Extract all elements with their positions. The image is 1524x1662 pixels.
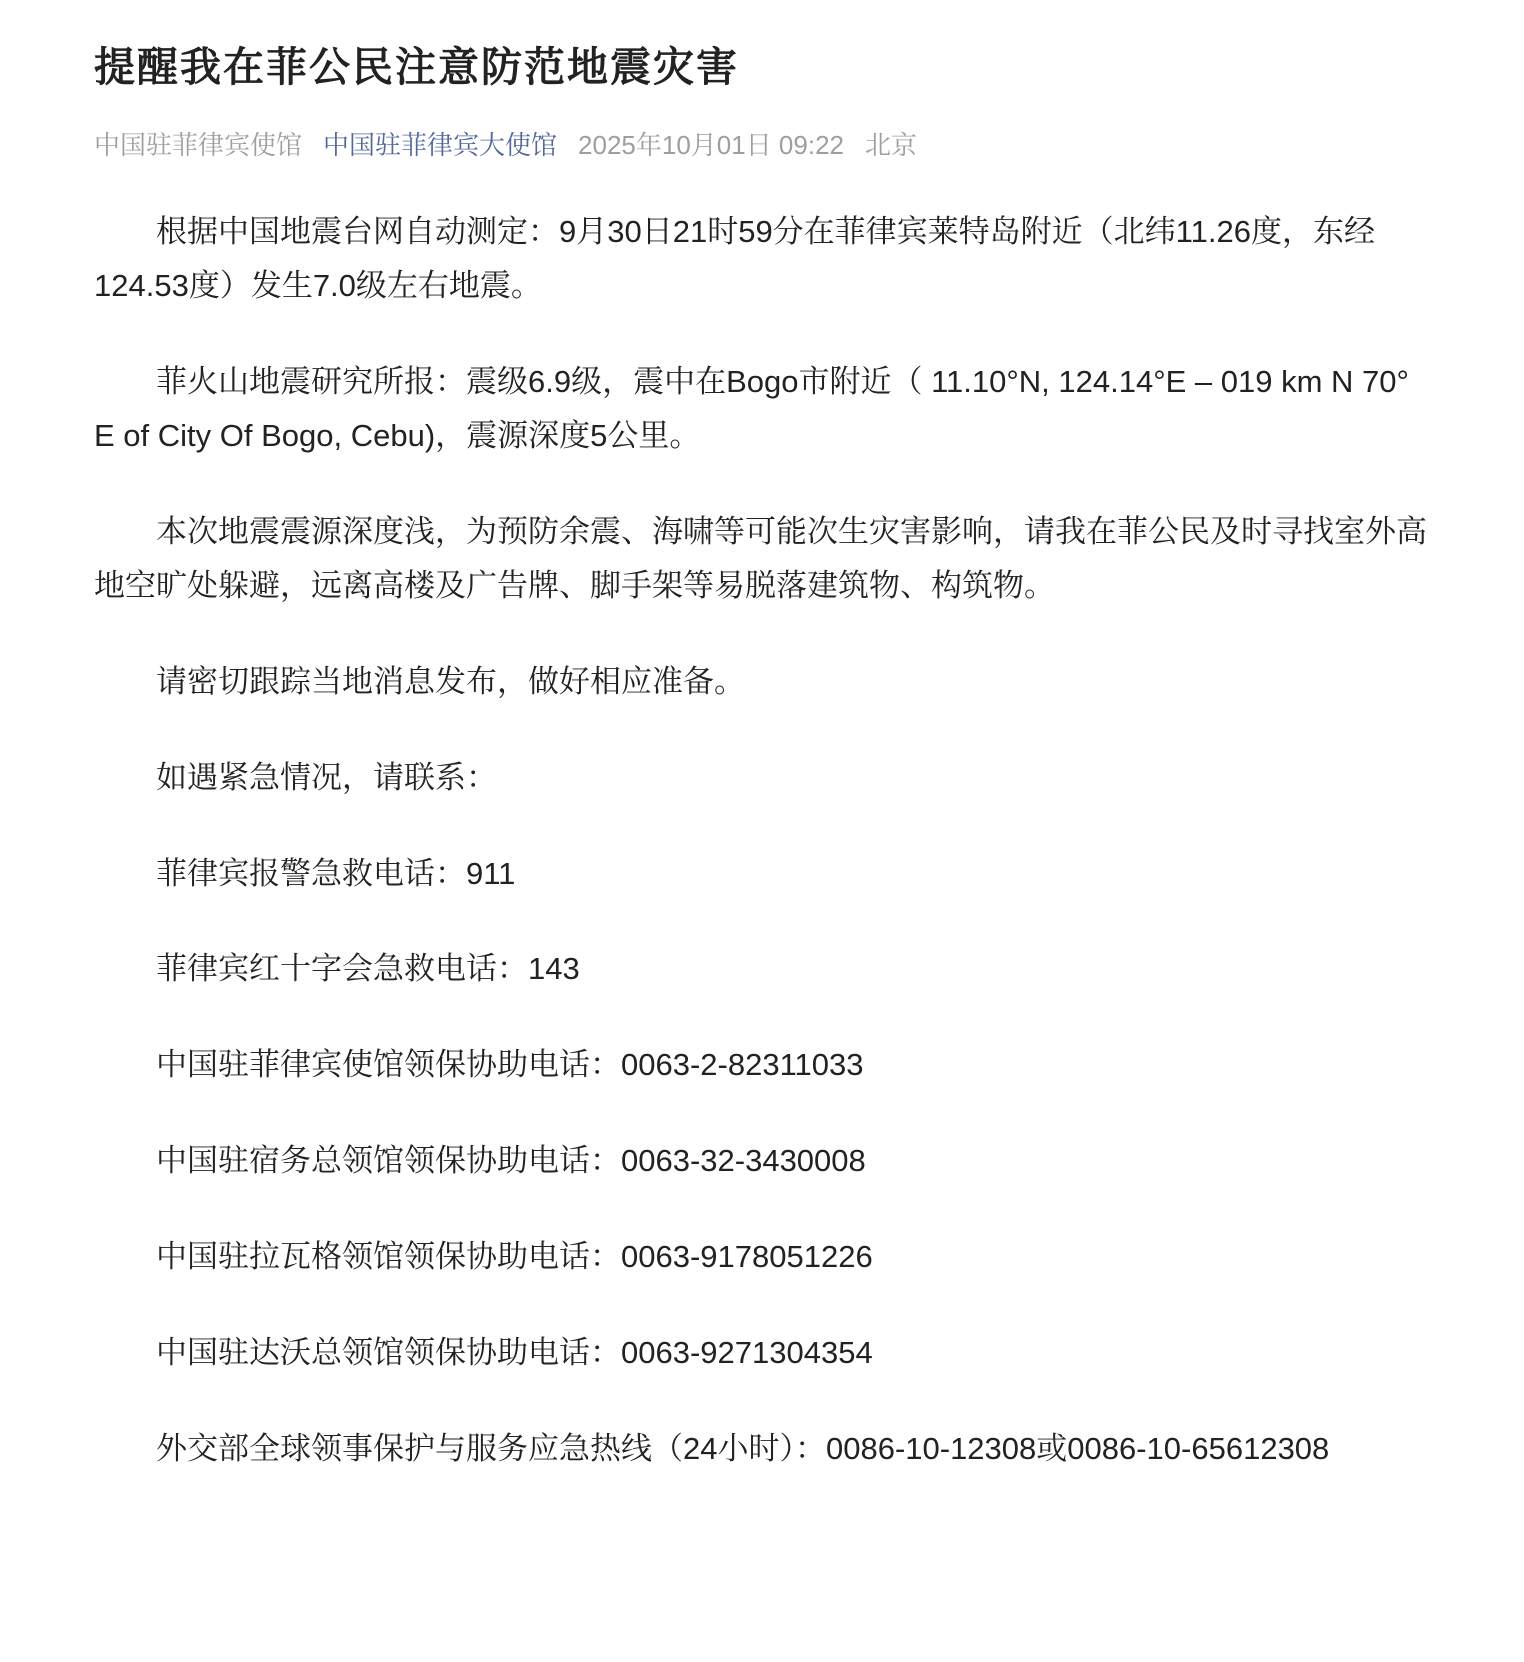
article-paragraph-laoag-consulate-hotline: 中国驻拉瓦格领馆领保协助电话：0063-9178051226: [94, 1230, 1430, 1284]
article-paragraph-cebu-consulate-hotline: 中国驻宿务总领馆领保协助电话：0063-32-3430008: [94, 1134, 1430, 1188]
article-paragraph-davao-consulate-hotline: 中国驻达沃总领馆领保协助电话：0063-9271304354: [94, 1326, 1430, 1380]
byline-datetime: 2025年10月01日 09:22: [578, 129, 844, 163]
article-paragraph-mfa-global-hotline: 外交部全球领事保护与服务应急热线（24小时）：0086-10-12308或008…: [94, 1422, 1430, 1476]
article-byline: 中国驻菲律宾使馆 中国驻菲律宾大使馆 2025年10月01日 09:22 北京: [94, 129, 1430, 163]
article-paragraph-safety-advice: 本次地震震源深度浅，为预防余震、海啸等可能次生灾害影响，请我在菲公民及时寻找室外…: [94, 505, 1430, 613]
article-paragraph-follow-local-news: 请密切跟踪当地消息发布，做好相应准备。: [94, 655, 1430, 709]
article-paragraph-earthquake-report-phivolcs: 菲火山地震研究所报：震级6.9级，震中在Bogo市附近（ 11.10°N, 12…: [94, 355, 1430, 463]
article-paragraph-police-hotline: 菲律宾报警急救电话：911: [94, 847, 1430, 901]
article-paragraph-embassy-hotline: 中国驻菲律宾使馆领保协助电话：0063-2-82311033: [94, 1038, 1430, 1092]
byline-account-link[interactable]: 中国驻菲律宾大使馆: [323, 129, 557, 163]
byline-source: 中国驻菲律宾使馆: [94, 129, 302, 163]
byline-location: 北京: [865, 129, 917, 163]
article-title: 提醒我在菲公民注意防范地震灾害: [94, 42, 1430, 93]
article-page: 提醒我在菲公民注意防范地震灾害 中国驻菲律宾使馆 中国驻菲律宾大使馆 2025年…: [0, 0, 1524, 1608]
article-body: 根据中国地震台网自动测定：9月30日21时59分在菲律宾莱特岛附近（北纬11.2…: [94, 205, 1430, 1476]
article-paragraph-redcross-hotline: 菲律宾红十字会急救电话：143: [94, 942, 1430, 996]
article-paragraph-emergency-intro: 如遇紧急情况，请联系：: [94, 751, 1430, 805]
article-paragraph-earthquake-report-cenc: 根据中国地震台网自动测定：9月30日21时59分在菲律宾莱特岛附近（北纬11.2…: [94, 205, 1430, 313]
